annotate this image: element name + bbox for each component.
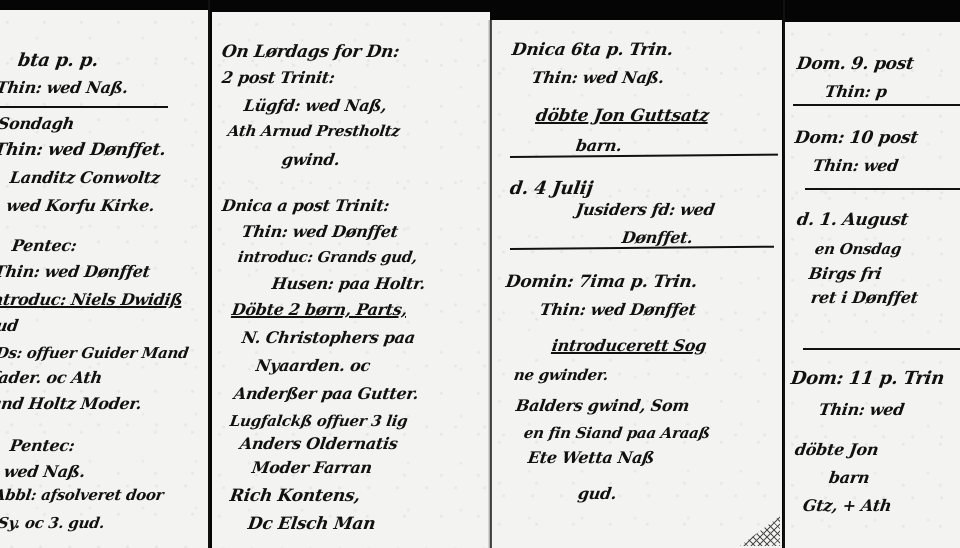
entry-line: wed Naß.: [3, 462, 87, 481]
entry-line: gwind.: [281, 150, 341, 169]
entry-line: Thin: wed: [812, 156, 900, 175]
register-page-4: Dom. 9. post Thin: p Dom: 10 post Thin: …: [785, 22, 960, 548]
entry-line: ud: [0, 316, 20, 335]
register-page-2: On Lørdags for Dn: 2 post Trinit: Lügfd:…: [212, 12, 490, 548]
entry-line: Dom: 11 p. Trin: [790, 368, 946, 389]
entry-line: d. 4 Julij: [509, 178, 595, 199]
entry-line: en fin Siand paa Araaß: [523, 424, 711, 442]
entry-line: und Holtz Moder.: [0, 394, 143, 413]
entry-line: barn.: [575, 136, 623, 155]
entry-line: Balders gwind, Som: [515, 396, 691, 415]
entry-line: introduc: Niels Dwidiß: [0, 290, 184, 309]
divider-line: [803, 348, 960, 350]
entry-line: bta p. p.: [17, 50, 100, 71]
entry-line: Pentec:: [9, 436, 76, 455]
entry-line: ne gwinder.: [513, 366, 610, 384]
entry-line: Husen: paa Holtr.: [271, 274, 427, 293]
manuscript-scan: bta p. p. Thin: wed Naß. Sondagh Thin: w…: [0, 0, 960, 548]
entry-line: On Lørdags for Dn:: [221, 42, 401, 62]
entry-line: gud.: [577, 484, 618, 503]
entry-line: en Onsdag: [814, 240, 903, 258]
entry-line: Abbl: afsolveret door: [0, 486, 165, 504]
ink-scribble: [740, 516, 780, 546]
entry-line: döbte Jon: [794, 440, 880, 459]
entry-line: Thin: wed Dønffet: [0, 262, 151, 281]
divider-line: [510, 246, 774, 250]
entry-line: Thin: wed Dønffet: [539, 300, 698, 319]
entry-line: Dnica 6ta p. Trin.: [511, 40, 675, 60]
entry-line: Gtz, + Ath: [802, 496, 893, 515]
entry-line: Ds: offuer Guider Mand: [0, 344, 190, 362]
entry-line: Domin: 7ima p. Trin.: [505, 272, 699, 292]
entry-line: Thin: wed Dønffet: [241, 222, 400, 241]
entry-line: Dnica a post Trinit:: [221, 196, 391, 215]
entry-line: ret i Dønffet: [810, 288, 920, 307]
entry-line: Moder Farran: [251, 458, 374, 477]
entry-line: Jusiders fd: wed: [575, 200, 716, 219]
entry-line: N. Christophers paa: [241, 328, 417, 347]
entry-line: Anderßer paa Gutter.: [233, 384, 420, 403]
divider-line: [510, 154, 778, 158]
entry-line: Sondagh: [0, 114, 75, 133]
entry-line: fader. oc Ath: [0, 368, 103, 387]
entry-line: , wed Korfu Kirke.: [0, 196, 156, 215]
entry-line: d. 1. August: [796, 210, 910, 230]
entry-line: Thin: wed: [818, 400, 906, 419]
entry-line: 2 post Trinit:: [221, 68, 336, 87]
entry-line: Döbte 2 børn, Parts,: [231, 300, 409, 319]
entry-line: Thin: wed Naß.: [0, 78, 129, 97]
entry-line: döbte Jon Guttsatz: [535, 106, 710, 126]
entry-line: Pentec:: [11, 236, 78, 255]
entry-line: Sy. oc 3. gud.: [0, 514, 106, 532]
entry-line: introduc: Grands gud,: [237, 248, 419, 266]
entry-line: Thin: p: [824, 82, 888, 101]
entry-line: Landitz Conwoltz: [9, 168, 161, 187]
entry-line: Lügfd: wed Naß,: [243, 96, 388, 115]
entry-line: Birgs fri: [808, 264, 883, 283]
divider-line: [805, 188, 960, 190]
entry-line: Dønffet.: [621, 228, 694, 247]
entry-line: Ete Wetta Naß: [527, 448, 656, 467]
entry-line: Thin: wed Naß.: [531, 68, 666, 87]
divider-line: [0, 106, 168, 108]
entry-line: introducerett Sog: [551, 336, 708, 355]
divider-line: [793, 104, 960, 106]
entry-line: Lugfalckß offuer 3 lig: [229, 412, 409, 430]
page-border: [208, 0, 210, 548]
entry-line: Anders Oldernatis: [239, 434, 399, 453]
register-page-3: Dnica 6ta p. Trin. Thin: wed Naß. döbte …: [492, 20, 782, 548]
entry-line: Ath Arnud Prestholtz: [227, 122, 401, 140]
entry-line: Thin: wed Dønffet.: [0, 140, 167, 160]
entry-line: Dom: 10 post: [794, 128, 920, 148]
entry-line: Dom. 9. post: [796, 54, 915, 74]
entry-line: Dc Elsch Man: [247, 514, 377, 534]
entry-line: barn: [828, 468, 871, 487]
register-page-1: bta p. p. Thin: wed Naß. Sondagh Thin: w…: [0, 10, 210, 548]
entry-line: Rich Kontens,: [229, 486, 362, 506]
entry-line: Nyaarden. oc: [255, 356, 372, 375]
